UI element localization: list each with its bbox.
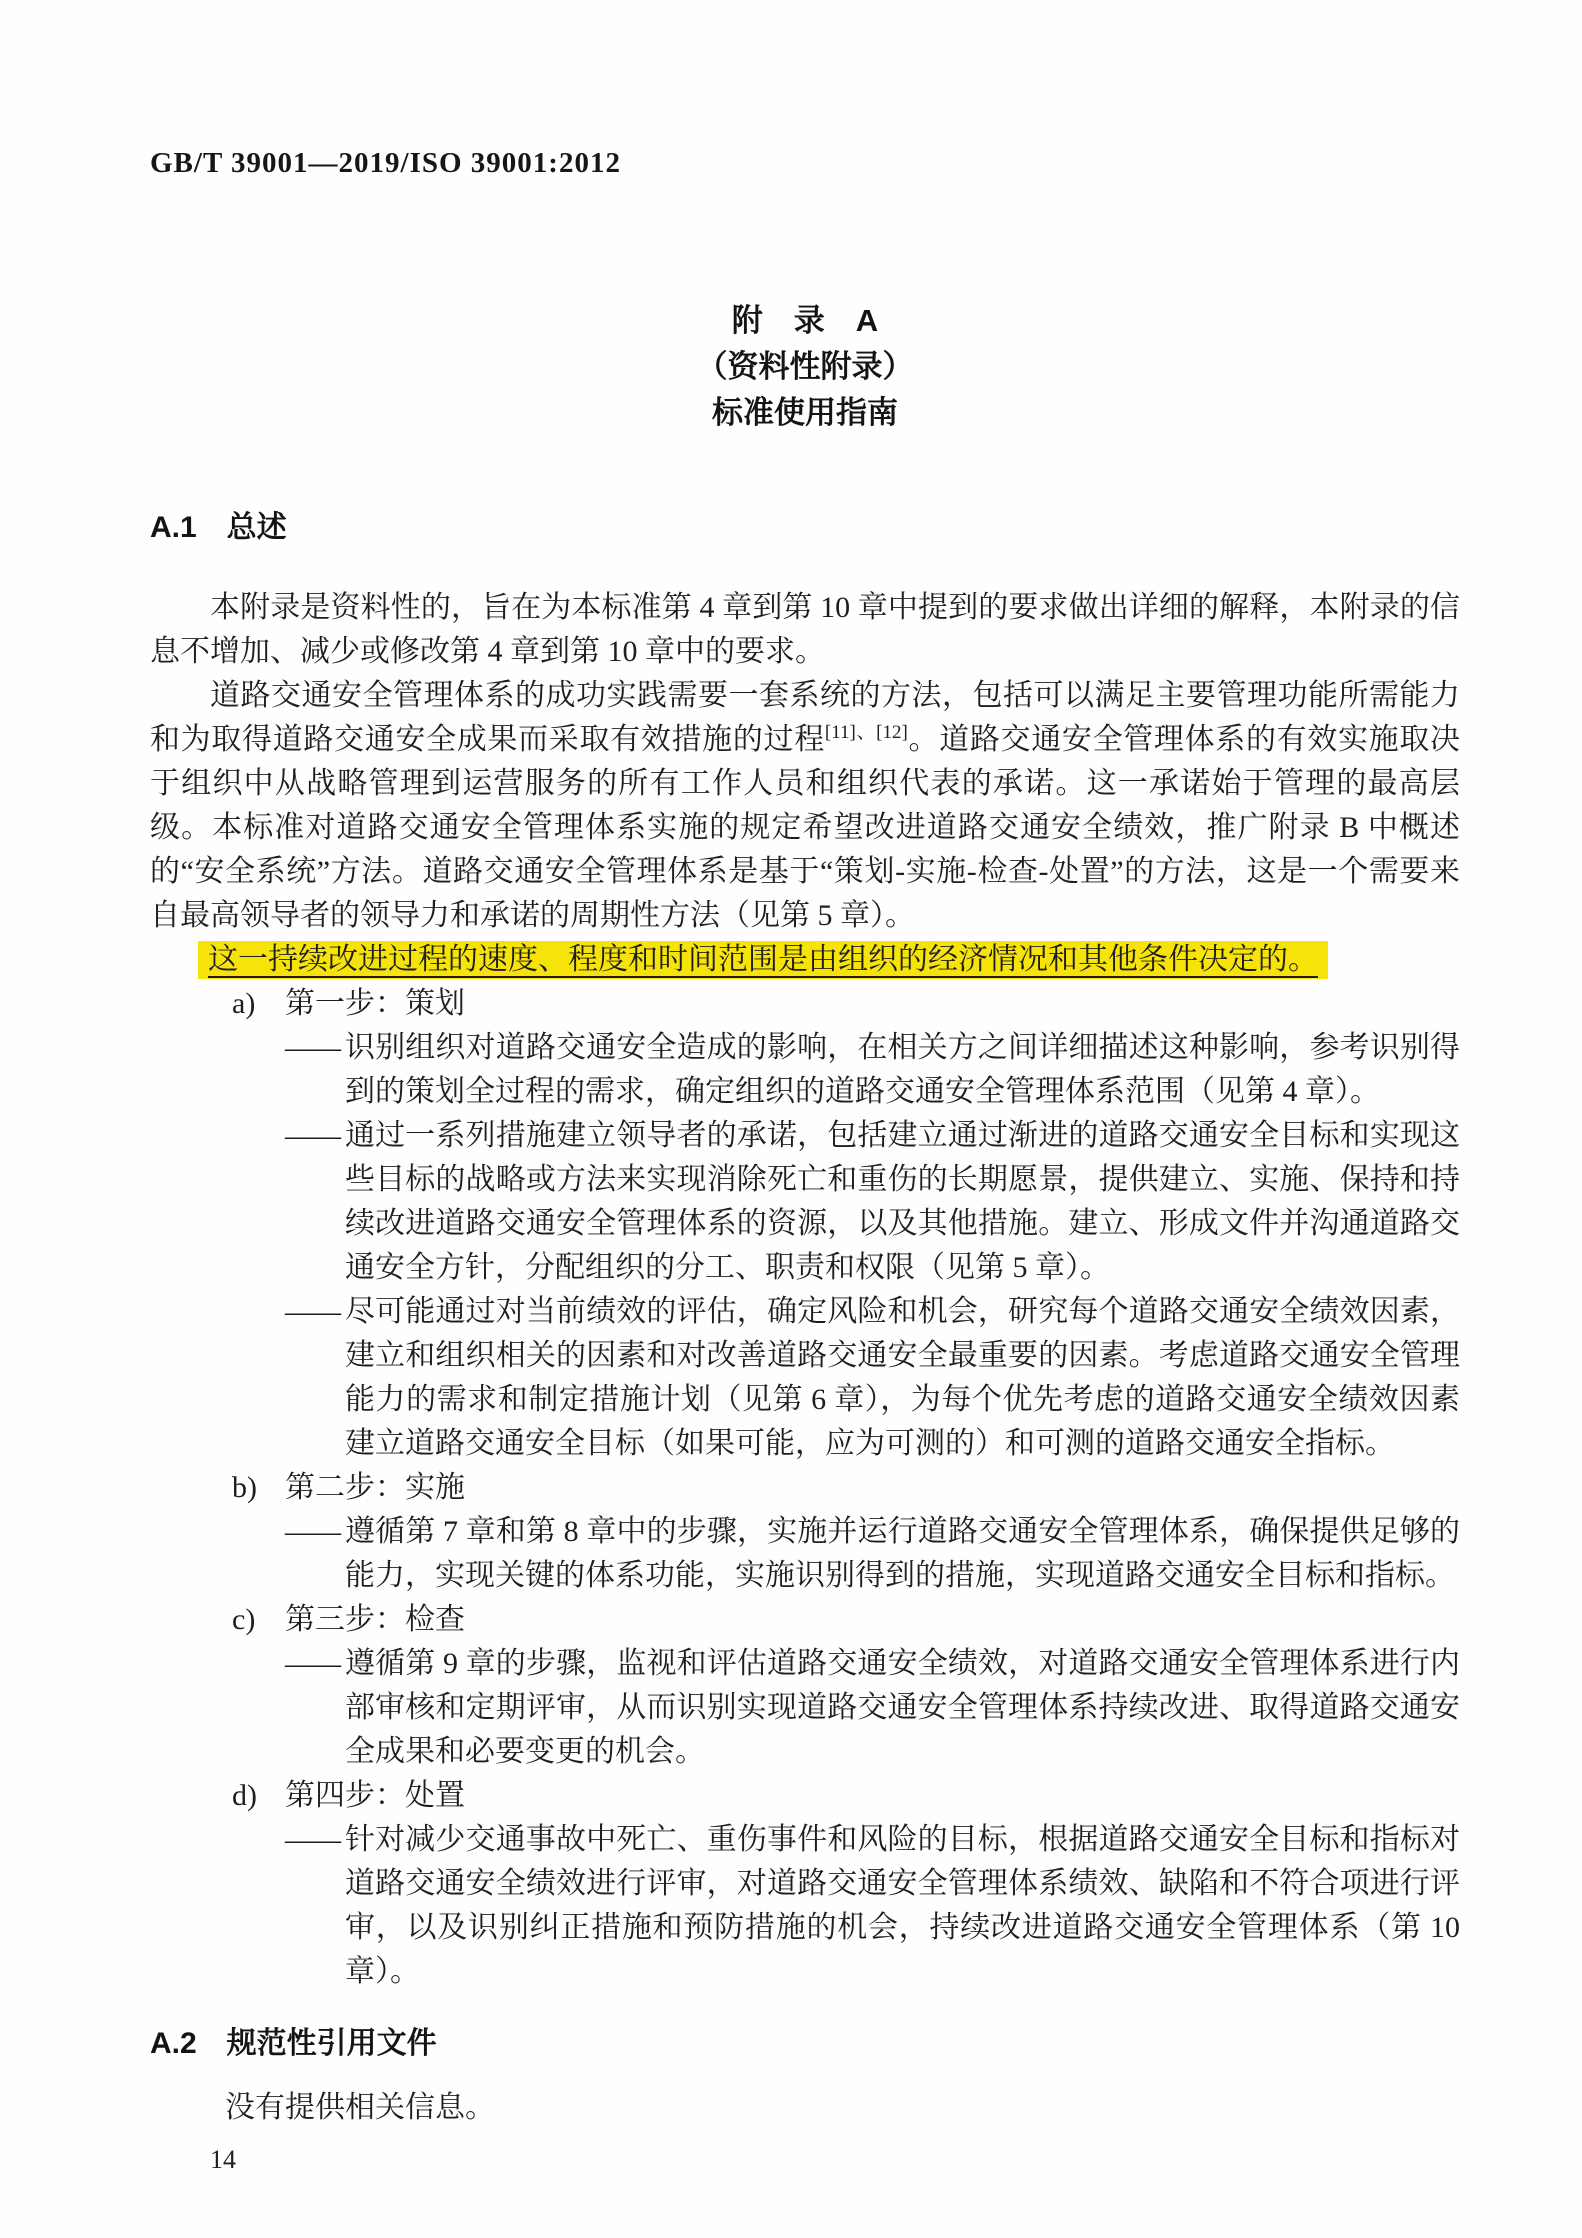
step-c-heading: c) 第三步：检查	[232, 1598, 1460, 1642]
step-a-item-3: —— 尽可能通过对当前绩效的评估，确定风险和机会，研究每个道路交通安全绩效因素，…	[285, 1290, 1460, 1466]
step-b-title: 第二步：实施	[285, 1466, 465, 1510]
step-a-item-2-text: 通过一系列措施建立领导者的承诺，包括建立通过渐进的道路交通安全目标和实现这些目标…	[345, 1114, 1460, 1290]
em-dash-mark: ——	[285, 1114, 345, 1290]
step-c-item-1-text: 遵循第 9 章的步骤，监视和评估道路交通安全绩效，对道路交通安全管理体系进行内部…	[345, 1642, 1460, 1774]
step-d-item-1: —— 针对减少交通事故中死亡、重伤事件和风险的目标，根据道路交通安全目标和指标对…	[285, 1818, 1460, 1994]
appendix-title-line2: （资料性附录）	[150, 344, 1460, 390]
step-a-item-1: —— 识别组织对道路交通安全造成的影响，在相关方之间详细描述这种影响，参考识别得…	[285, 1026, 1460, 1114]
appendix-title-block: 附 录 A （资料性附录） 标准使用指南	[150, 298, 1460, 436]
document-page: GB/T 39001—2019/ISO 39001:2012 附 录 A （资料…	[0, 0, 1582, 2238]
step-d-item-1-text: 针对减少交通事故中死亡、重伤事件和风险的目标，根据道路交通安全目标和指标对道路交…	[345, 1818, 1460, 1994]
step-c-title: 第三步：检查	[285, 1598, 465, 1642]
em-dash-mark: ——	[285, 1290, 345, 1466]
step-a: a) 第一步：策划 —— 识别组织对道路交通安全造成的影响，在相关方之间详细描述…	[150, 982, 1460, 1466]
em-dash-mark: ——	[285, 1510, 345, 1598]
step-d-label: d)	[232, 1774, 285, 1818]
page-number: 14	[210, 2144, 1460, 2176]
step-a-title: 第一步：策划	[285, 982, 465, 1026]
step-a-heading: a) 第一步：策划	[232, 982, 1460, 1026]
step-d-title: 第四步：处置	[285, 1774, 465, 1818]
step-a-label: a)	[232, 982, 285, 1026]
step-c-item-1: —— 遵循第 9 章的步骤，监视和评估道路交通安全绩效，对道路交通安全管理体系进…	[285, 1642, 1460, 1774]
appendix-title-line3: 标准使用指南	[150, 390, 1460, 436]
em-dash-mark: ——	[285, 1818, 345, 1994]
appendix-title-line1: 附 录 A	[150, 298, 1460, 344]
section-a2-heading: A.2 规范性引用文件	[150, 2024, 1460, 2064]
a1-paragraph-1: 本附录是资料性的，旨在为本标准第 4 章到第 10 章中提到的要求做出详细的解释…	[150, 586, 1460, 674]
step-a-item-2: —— 通过一系列措施建立领导者的承诺，包括建立通过渐进的道路交通安全目标和实现这…	[285, 1114, 1460, 1290]
step-c-label: c)	[232, 1598, 285, 1642]
step-b-heading: b) 第二步：实施	[232, 1466, 1460, 1510]
highlight-span: 这一持续改进过程的速度、程度和时间范围是由组织的经济情况和其他条件决定的。	[198, 941, 1328, 979]
step-b-label: b)	[232, 1466, 285, 1510]
step-d-heading: d) 第四步：处置	[232, 1774, 1460, 1818]
section-a1-heading: A.1 总述	[150, 508, 1460, 548]
citation-superscript: [11]、[12]	[825, 722, 908, 743]
a1-paragraph-2: 道路交通安全管理体系的成功实践需要一套系统的方法，包括可以满足主要管理功能所需能…	[150, 674, 1460, 938]
step-c: c) 第三步：检查 —— 遵循第 9 章的步骤，监视和评估道路交通安全绩效，对道…	[150, 1598, 1460, 1774]
em-dash-mark: ——	[285, 1642, 345, 1774]
step-a-item-3-text: 尽可能通过对当前绩效的评估，确定风险和机会，研究每个道路交通安全绩效因素，建立和…	[345, 1290, 1460, 1466]
em-dash-mark: ——	[285, 1026, 345, 1114]
step-d: d) 第四步：处置 —— 针对减少交通事故中死亡、重伤事件和风险的目标，根据道路…	[150, 1774, 1460, 1994]
step-a-item-1-text: 识别组织对道路交通安全造成的影响，在相关方之间详细描述这种影响，参考识别得到的策…	[345, 1026, 1460, 1114]
a2-paragraph-1: 没有提供相关信息。	[150, 2086, 1460, 2130]
highlighted-paragraph: 这一持续改进过程的速度、程度和时间范围是由组织的经济情况和其他条件决定的。	[150, 938, 1460, 982]
step-b-item-1: —— 遵循第 7 章和第 8 章中的步骤，实施并运行道路交通安全管理体系，确保提…	[285, 1510, 1460, 1598]
standard-code-header: GB/T 39001—2019/ISO 39001:2012	[150, 146, 1460, 180]
step-b-item-1-text: 遵循第 7 章和第 8 章中的步骤，实施并运行道路交通安全管理体系，确保提供足够…	[345, 1510, 1460, 1598]
step-b: b) 第二步：实施 —— 遵循第 7 章和第 8 章中的步骤，实施并运行道路交通…	[150, 1466, 1460, 1598]
